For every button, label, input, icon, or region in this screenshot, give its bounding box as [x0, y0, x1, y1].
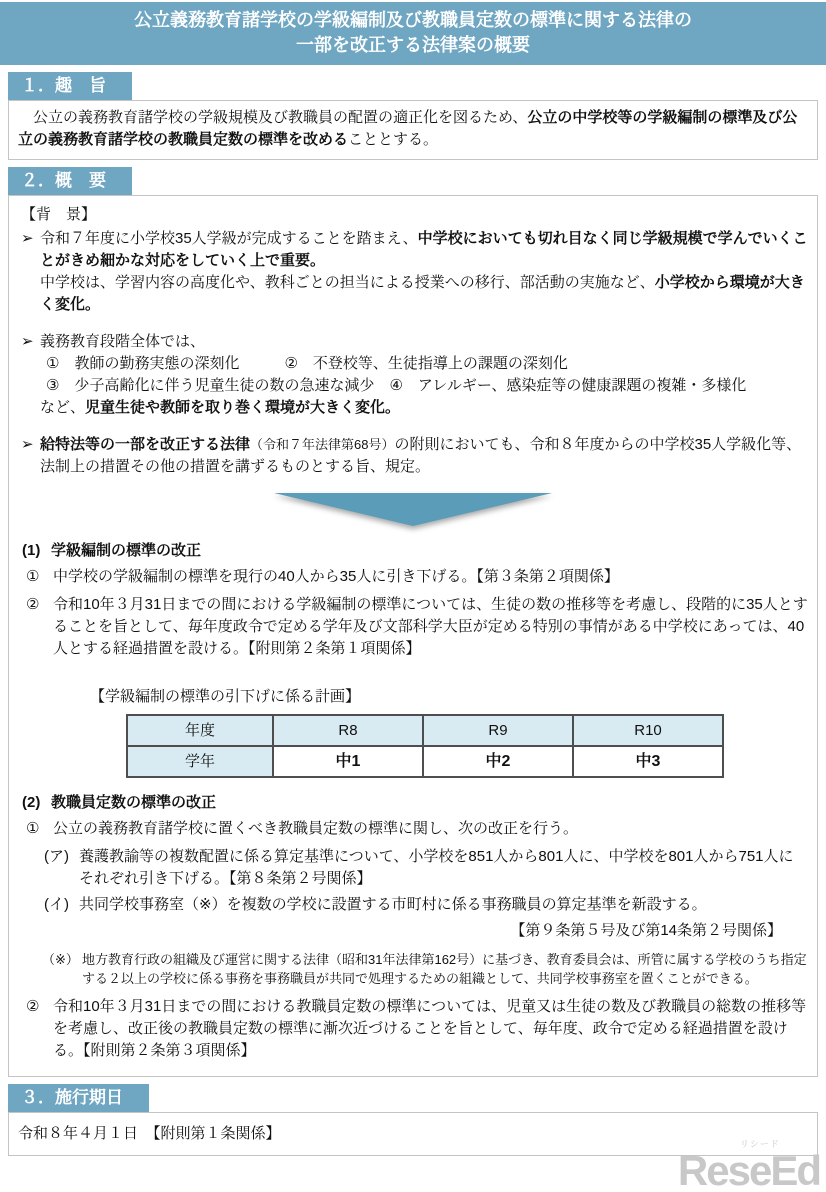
plan-table-cell: R10	[573, 715, 723, 746]
purpose-paragraph: 公立の義務教育諸学校の学級規模及び教職員の配置の適正化を図るため、公立の中学校等…	[18, 107, 808, 151]
item-number: (1)	[22, 540, 51, 562]
arrow-bullet-icon: ➢	[21, 434, 40, 456]
footnote-text: 地方教育行政の組織及び運営に関する法律（昭和31年法律第162号）に基づき、教育…	[82, 950, 808, 988]
arrow-bullet-icon: ➢	[21, 331, 40, 353]
item-heading-text: 学級編制の標準の改正	[51, 540, 201, 562]
bullet-paragraph: 給特法等の一部を改正する法律（令和７年法律第68号）の附則においても、令和８年度…	[40, 434, 808, 478]
bullet-content: 義務教育段階全体では、 ① 教師の勤務実態の深刻化 ② 不登校等、生徒指導上の課…	[40, 331, 808, 419]
reseed-watermark-logo: リシードReseEd	[678, 1140, 820, 1192]
bullet-paragraph: 令和７年度に小学校35人学級が完成することを踏まえ、中学校においても切れ目なく同…	[40, 228, 808, 272]
item-2-sub-2: ② 令和10年３月31日までの間における教職員定数の標準については、児童又は生徒…	[26, 996, 808, 1062]
circled-number-icon: ②	[26, 996, 53, 1018]
article-reference: 【第９条第５号及び第14条第２号関係】	[18, 920, 808, 942]
title-line-2: 一部を改正する法律案の概要	[10, 33, 816, 58]
item-number: (2)	[22, 792, 51, 814]
footnote: （※） 地方教育行政の組織及び運営に関する法律（昭和31年法律第162号）に基づ…	[42, 950, 808, 988]
document-title-banner: 公立義務教育諸学校の学級編制及び教職員定数の標準に関する法律の 一部を改正する法…	[0, 2, 826, 65]
title-line-1: 公立義務教育諸学校の学級編制及び教職員定数の標準に関する法律の	[10, 8, 816, 33]
plan-table-cell: 中3	[573, 746, 723, 777]
section-1-box: 公立の義務教育諸学校の学級規模及び教職員の配置の適正化を図るため、公立の中学校等…	[8, 100, 818, 160]
sub-item-text: 令和10年３月31日までの間における教職員定数の標準については、児童又は生徒の数…	[53, 996, 808, 1062]
text-run-small: （令和７年法律第68号）	[250, 437, 394, 452]
item-2-sub-1: ① 公立の義務教育諸学校に置くべき教職員定数の標準に関し、次の改正を行う。	[26, 818, 808, 840]
bullet-paragraph: など、児童生徒や教師を取り巻く環境が大きく変化。	[40, 397, 808, 419]
enum-line-1: ① 教師の勤務実態の深刻化 ② 不登校等、生徒指導上の課題の深刻化	[40, 353, 808, 375]
background-bullet-3: ➢ 給特法等の一部を改正する法律（令和７年法律第68号）の附則においても、令和８…	[21, 434, 808, 478]
item-2-sub-1a: (ア) 養護教諭等の複数配置に係る算定基準について、小学校を851人から801人…	[44, 846, 808, 890]
background-bullet-1: ➢ 令和７年度に小学校35人学級が完成することを踏まえ、中学校においても切れ目な…	[21, 228, 808, 316]
bullet-paragraph: 中学校は、学習内容の高度化や、教科ごとの担当による授業への移行、部活動の実施など…	[40, 272, 808, 316]
watermark-text: ReseEd	[678, 1147, 820, 1192]
transition-arrow-container	[18, 493, 808, 526]
kana-marker: (イ)	[44, 894, 79, 916]
item-2-heading: (2) 教職員定数の標準の改正	[22, 792, 808, 814]
sub-item-text: 共同学校事務室（※）を複数の学校に設置する市町村に係る事務職員の算定基準を新設す…	[79, 894, 808, 916]
plan-table-cell: 中1	[273, 746, 423, 777]
sub-item-text: 養護教諭等の複数配置に係る算定基準について、小学校を851人から801人に、中学…	[79, 846, 808, 890]
text-run: 令和７年度に小学校35人学級が完成することを踏まえ、	[40, 230, 418, 247]
plan-table-cell: 年度	[127, 715, 273, 746]
document-page: 公立義務教育諸学校の学級編制及び教職員定数の標準に関する法律の 一部を改正する法…	[0, 0, 826, 1192]
bullet-content: 令和７年度に小学校35人学級が完成することを踏まえ、中学校においても切れ目なく同…	[40, 228, 808, 316]
text-run: こととする。	[348, 131, 438, 148]
plan-table-cell: 学年	[127, 746, 273, 777]
plan-table-cell: R8	[273, 715, 423, 746]
circled-number-icon: ②	[26, 594, 53, 616]
sub-item-text: 中学校の学級編制の標準を現行の40人から35人に引き下げる。【第３条第２項関係】	[53, 566, 808, 588]
sub-item-text: 令和10年３月31日までの間における学級編制の標準については、生徒の数の推移等を…	[53, 594, 808, 660]
item-1-sub-1: ① 中学校の学級編制の標準を現行の40人から35人に引き下げる。【第３条第２項関…	[26, 566, 808, 588]
footnote-marker: （※）	[42, 950, 82, 969]
section-3-tab: ３．施行期日	[8, 1084, 149, 1112]
plan-table-cell: 中2	[423, 746, 573, 777]
bullet-content: 給特法等の一部を改正する法律（令和７年法律第68号）の附則においても、令和８年度…	[40, 434, 808, 478]
circled-number-icon: ①	[26, 566, 53, 588]
plan-table-row-year: 年度 R8 R9 R10	[127, 715, 723, 746]
item-1-heading: (1) 学級編制の標準の改正	[22, 540, 808, 562]
text-run: 公立の義務教育諸学校の学級規模及び教職員の配置の適正化を図るため、	[18, 109, 527, 126]
kana-marker: (ア)	[44, 846, 79, 868]
section-1-tab: １．趣 旨	[8, 72, 132, 100]
section-2-tab: ２．概 要	[8, 167, 132, 195]
text-run: 中学校は、学習内容の高度化や、教科ごとの担当による授業への移行、部活動の実施など…	[40, 274, 655, 291]
plan-table-caption: 【学級編制の標準の引下げに係る計画】	[90, 686, 808, 708]
item-heading-text: 教職員定数の標準の改正	[51, 792, 216, 814]
section-overview: ２．概 要 【背 景】 ➢ 令和７年度に小学校35人学級が完成することを踏まえ、…	[0, 160, 826, 1077]
bullet-paragraph: 義務教育段階全体では、	[40, 331, 808, 353]
plan-table-row-grade: 学年 中1 中2 中3	[127, 746, 723, 777]
background-label: 【背 景】	[21, 204, 808, 226]
plan-table-cell: R9	[423, 715, 573, 746]
text-run: など、	[40, 399, 85, 416]
section-2-box: 【背 景】 ➢ 令和７年度に小学校35人学級が完成することを踏まえ、中学校におい…	[8, 195, 818, 1077]
item-1-sub-2: ② 令和10年３月31日までの間における学級編制の標準については、生徒の数の推移…	[26, 594, 808, 660]
enum-line-2: ③ 少子高齢化に伴う児童生徒の数の急速な減少 ④ アレルギー、感染症等の健康課題…	[40, 375, 808, 397]
background-bullet-2: ➢ 義務教育段階全体では、 ① 教師の勤務実態の深刻化 ② 不登校等、生徒指導上…	[21, 331, 808, 419]
item-2-sub-1b: (イ) 共同学校事務室（※）を複数の学校に設置する市町村に係る事務職員の算定基準…	[44, 894, 808, 916]
text-run-bold: 給特法等の一部を改正する法律	[40, 436, 250, 453]
section-purpose: １．趣 旨 公立の義務教育諸学校の学級規模及び教職員の配置の適正化を図るため、公…	[0, 65, 826, 160]
arrow-bullet-icon: ➢	[21, 228, 40, 250]
text-run-bold: 児童生徒や教師を取り巻く環境が大きく変化。	[85, 399, 400, 416]
circled-number-icon: ①	[26, 818, 53, 840]
down-arrow-icon	[274, 493, 552, 526]
sub-item-text: 公立の義務教育諸学校に置くべき教職員定数の標準に関し、次の改正を行う。	[53, 818, 808, 840]
plan-table: 年度 R8 R9 R10 学年 中1 中2 中3	[126, 714, 724, 778]
